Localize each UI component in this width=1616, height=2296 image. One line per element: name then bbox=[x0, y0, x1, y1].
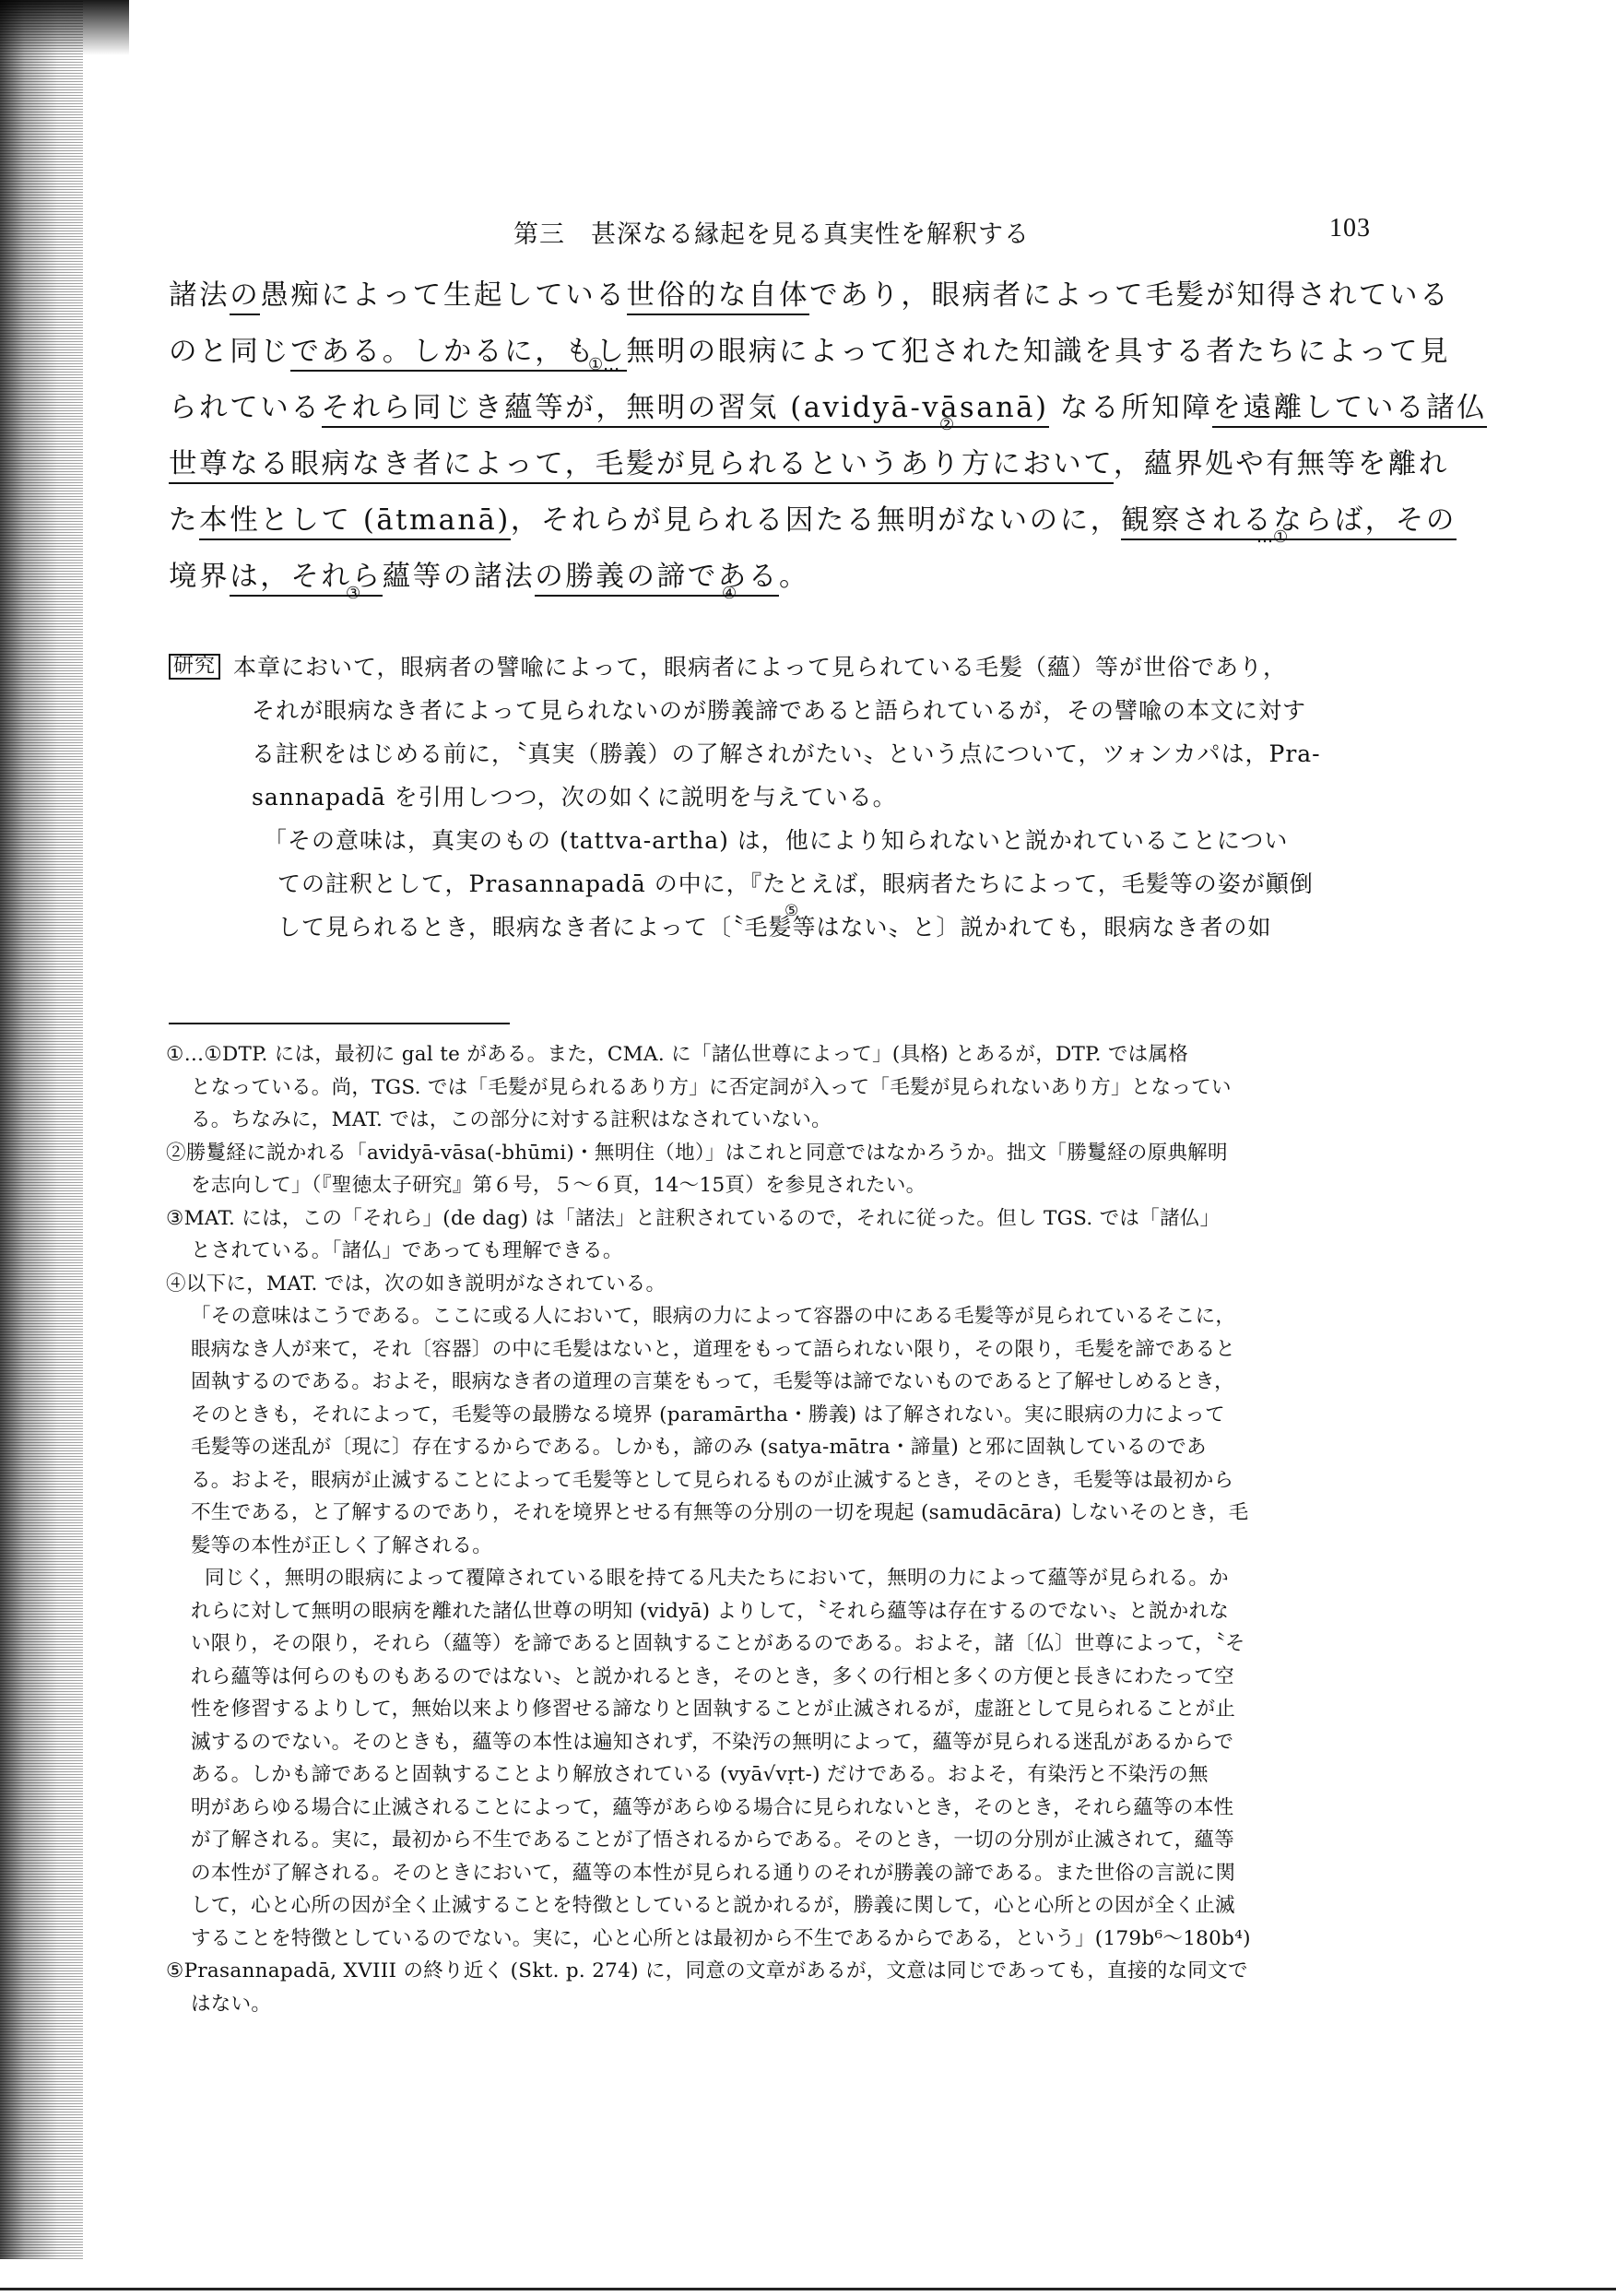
page-number: 103 bbox=[1329, 214, 1371, 243]
scan-bottom-edge bbox=[0, 2288, 1616, 2290]
research-section: 研究本章において，眼病者の譬喩によって，眼病者によって見られている毛髪（蘊）等が… bbox=[169, 645, 1395, 949]
footnote-line: することを特徴としているのでない。実に，心と心所とは最初から不生であるからである… bbox=[166, 1923, 1392, 1956]
note-marker-4: ④ bbox=[722, 586, 737, 602]
footnote-line: い限り，その限り，それら（蘊等）を諦であると固執することがあるのである。およそ，… bbox=[166, 1627, 1392, 1661]
main-line-4: 世尊なる眼病なき者によって，毛髪が見られるというあり方において，蘊界処や有無等を… bbox=[169, 436, 1378, 492]
footnote-line: ②勝鬘経に説かれる「avidyā-vāsa(-bhūmi)・無明住（地）」はこれ… bbox=[166, 1137, 1392, 1170]
footnote-line: れら蘊等は何らのものもあるのではない〟と説かれるとき，そのとき，多くの行相と多く… bbox=[166, 1661, 1392, 1694]
footnote-line: ある。しかも諦であると固執することより解放されている (vyā√vṛt-) だけ… bbox=[166, 1758, 1392, 1792]
chapter-title: 第三 甚深なる縁起を見る真実性を解釈する bbox=[513, 220, 1030, 249]
footnote-line: 不生である，と了解するのであり，それを境界とせる有無等の分別の一切を現起 (sa… bbox=[166, 1497, 1392, 1530]
footnote-line: して，心と心所の因が全く止滅することを特徴としていると説かれるが，勝義に関して，… bbox=[166, 1889, 1392, 1923]
footnote-line: る。ちなみに，MAT. では，この部分に対する註釈はなされていない。 bbox=[166, 1104, 1392, 1137]
footnote-line: ④以下に，MAT. では，次の如き説明がなされている。 bbox=[166, 1268, 1392, 1301]
note-marker-1-start: ①… bbox=[588, 357, 619, 373]
footnote-line: 固執するのである。およそ，眼病なき者の道理の言葉をもって，毛髪等は諦でないもので… bbox=[166, 1366, 1392, 1399]
footnote-line: 髪等の本性が正しく了解される。 bbox=[166, 1530, 1392, 1563]
main-translation-text: 諸法の愚痴によって生起している世俗的な自体であり，眼病者によって毛髪が知得されて… bbox=[169, 267, 1378, 605]
research-line-6: ての註釈として，Prasannapadā の中に，『たとえば，眼病者たちによって… bbox=[169, 862, 1395, 905]
research-line-4: sannapadā を引用しつつ，次の如くに説明を与えている。 bbox=[169, 775, 1395, 819]
footnote-line: 明があらゆる場合に止滅されることによって，蘊等があらゆる場合に見られないとき，そ… bbox=[166, 1792, 1392, 1825]
footnote-line: ①…①DTP. には，最初に gal te がある。また，CMA. に「諸仏世尊… bbox=[166, 1038, 1392, 1071]
research-line-5: 「その意味は，真実のもの (tattva-artha) は，他により知られないと… bbox=[169, 819, 1395, 862]
footnote-line: 滅するのでない。そのときも，蘊等の本性は遍知されず，不染汚の無明によって，蘊等が… bbox=[166, 1726, 1392, 1759]
main-line-3: られているそれら同じき蘊等が，無明の習気 (avidyā-vāsanā) なる所… bbox=[169, 380, 1378, 436]
research-line-2: それが眼病なき者によって見られないのが勝義諦であると語られているが，その譬喩の本… bbox=[169, 689, 1395, 732]
main-line-6: 境界は，それら蘊等の諸法の勝義の諦である。③④ bbox=[169, 549, 1378, 605]
scan-shadow-edge bbox=[0, 0, 83, 2259]
footnote-line: る。およそ，眼病が止滅することによって毛髪等として見られるものが止滅するとき，そ… bbox=[166, 1464, 1392, 1497]
footnote-line: ③MAT. には，この「それら」(de dag) は「諸法」と註釈されているので… bbox=[166, 1202, 1392, 1236]
footnote-line: 毛髪等の迷乱が〔現に〕存在するからである。しかも，諦のみ (satya-mātr… bbox=[166, 1431, 1392, 1464]
research-line-3: る註釈をはじめる前に，〝真実（勝義）の了解されがたい〟という点について，ツォンカ… bbox=[169, 732, 1395, 775]
running-head: 第三 甚深なる縁起を見る真実性を解釈する 103 bbox=[513, 214, 1371, 250]
footnote-line: が了解される。実に，最初から不生であることが了悟されるからである。そのとき，一切… bbox=[166, 1824, 1392, 1857]
footnote-line: とされている。「諸仏」であっても理解できる。 bbox=[166, 1235, 1392, 1268]
footnote-line: の本性が了解される。そのときにおいて，蘊等の本性が見られる通りのそれが勝義の諦で… bbox=[166, 1857, 1392, 1890]
note-marker-1-end: …① bbox=[1256, 529, 1288, 546]
footnotes: ①…①DTP. には，最初に gal te がある。また，CMA. に「諸仏世尊… bbox=[166, 1038, 1392, 2020]
main-line-2: のと同じである。しかるに，もし無明の眼病によって犯された知識を具する者たちによっ… bbox=[169, 324, 1378, 380]
footnote-line: はない。 bbox=[166, 1988, 1392, 2021]
footnote-line: を志向して」（『聖徳太子研究』第６号，５～６頁，14～15頁）を参見されたい。 bbox=[166, 1169, 1392, 1202]
footnote-line: 同じく，無明の眼病によって覆障されている眼を持てる凡夫たちにおいて，無明の力によ… bbox=[166, 1562, 1392, 1595]
footnote-line: 「その意味はこうである。ここに或る人において，眼病の力によって容器の中にある毛髪… bbox=[166, 1300, 1392, 1333]
research-line-1: 研究本章において，眼病者の譬喩によって，眼病者によって見られている毛髪（蘊）等が… bbox=[169, 645, 1395, 689]
footnote-line: そのときも，それによって，毛髪等の最勝なる境界 (paramārtha・勝義) … bbox=[166, 1399, 1392, 1432]
research-label-box: 研究 bbox=[169, 654, 220, 680]
footnote-separator bbox=[169, 1023, 510, 1024]
note-marker-3: ③ bbox=[346, 586, 360, 602]
research-line-7: して見られるとき，眼病なき者によって〔〝毛髪等はない〟と〕説かれても，眼病なき者… bbox=[169, 905, 1395, 949]
main-line-1: 諸法の愚痴によって生起している世俗的な自体であり，眼病者によって毛髪が知得されて… bbox=[169, 267, 1378, 324]
footnote-line: 眼病なき人が来て，それ〔容器〕の中に毛髪はないと，道理をもって語られない限り，そ… bbox=[166, 1333, 1392, 1367]
main-line-5: た本性として (ātmanā)，それらが見られる因たる無明がないのに，観察される… bbox=[169, 492, 1378, 549]
note-marker-5: ⑤ bbox=[784, 890, 799, 933]
footnote-line: となっている。尚，TGS. では「毛髪が見られるあり方」に否定詞が入って「毛髪が… bbox=[166, 1071, 1392, 1105]
note-marker-2: ② bbox=[939, 417, 954, 433]
footnote-line: ⑤Prasannapadā, XVIII の終り近く (Skt. p. 274)… bbox=[166, 1955, 1392, 1988]
footnote-line: れらに対して無明の眼病を離れた諸仏世尊の明知 (vidyā) よりして，〝それら… bbox=[166, 1595, 1392, 1628]
footnote-line: 性を修習するよりして，無始以来より修習せる諦なりと固執することが止滅されるが，虚… bbox=[166, 1693, 1392, 1726]
